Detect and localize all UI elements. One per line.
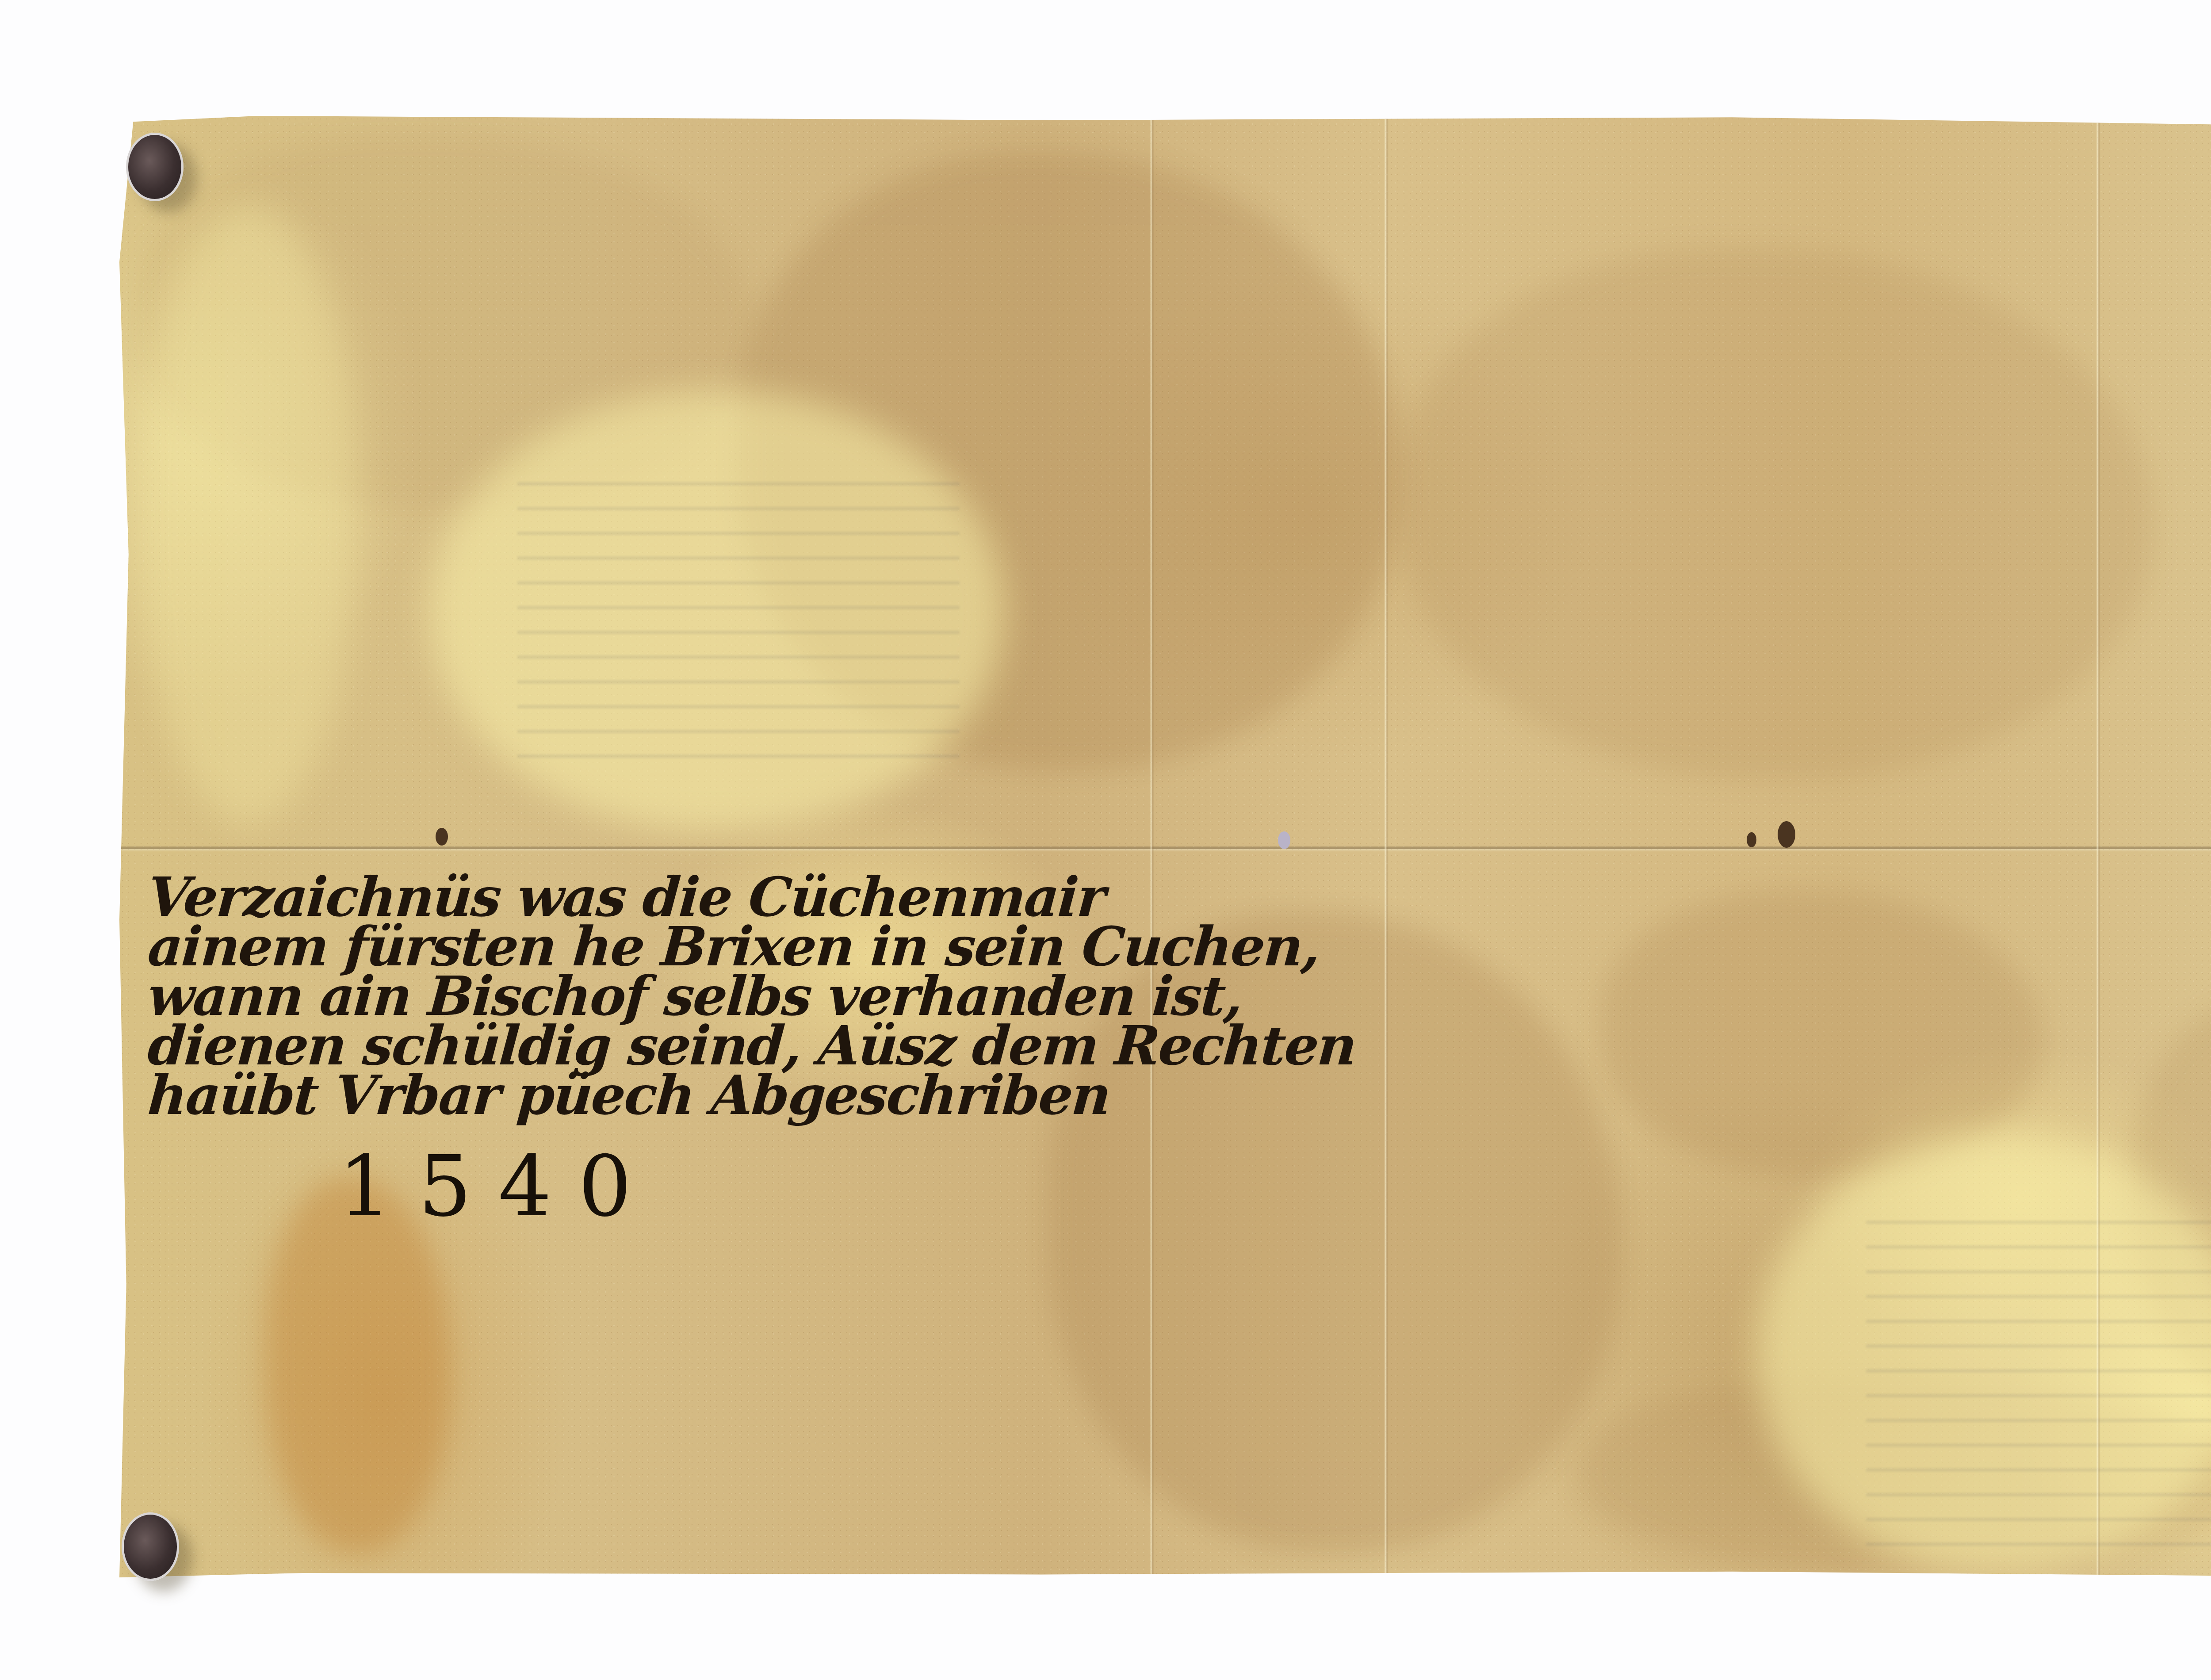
inscription-line: haübt Vrbar püech Abgeschriben (146, 1070, 1079, 1120)
inscription-year: 1540 (338, 1137, 1077, 1235)
show-through-text (517, 461, 960, 770)
vertical-fold (1384, 116, 1389, 1577)
pin-top-left (126, 133, 184, 201)
vertical-fold (1150, 116, 1154, 1577)
ink-spot (1778, 821, 1795, 848)
pin-bottom-left (122, 1512, 179, 1581)
handwritten-inscription: Verzaichnüs was die Cüchenmair ainem für… (148, 872, 1077, 1235)
bleached-area (137, 204, 358, 823)
horizontal-fold (119, 846, 2211, 852)
parchment-document: Verzaichnüs was die Cüchenmair ainem für… (119, 116, 2211, 1577)
vertical-fold (2096, 116, 2100, 1577)
show-through-text (1866, 1199, 2211, 1553)
ink-spot (436, 828, 448, 846)
ink-spot (1278, 831, 1290, 849)
ink-spot (1747, 832, 1756, 847)
